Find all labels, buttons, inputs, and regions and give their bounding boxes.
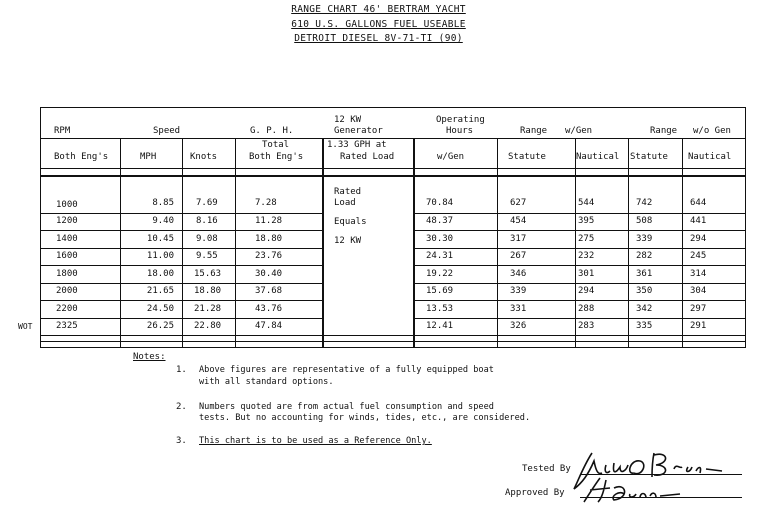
subheader-divider xyxy=(40,168,746,169)
col-divider xyxy=(322,138,324,348)
cell-rpm: 1600 xyxy=(56,251,78,261)
header-range-nogen: Range xyxy=(650,126,677,136)
cell-gph: 18.80 xyxy=(255,234,282,244)
cell-mph: 21.65 xyxy=(122,286,174,296)
col-range-gen-nautical: Nautical xyxy=(576,152,619,162)
cell-hours: 13.53 xyxy=(426,304,453,314)
col-divider xyxy=(235,138,236,348)
cell-gph: 43.76 xyxy=(255,304,282,314)
cell-gph: 37.68 xyxy=(255,286,282,296)
cell-gen-statute: 346 xyxy=(510,269,526,279)
header-gph: G. P. H. xyxy=(250,126,293,136)
cell-mph: 9.40 xyxy=(122,216,174,226)
header-range-nogen-suffix: w/o Gen xyxy=(693,126,731,136)
col-rpm: Both Eng's xyxy=(54,152,108,162)
cell-hours: 70.84 xyxy=(426,198,453,208)
cell-gph: 30.40 xyxy=(255,269,282,279)
cell-nogen-nautical: 441 xyxy=(690,216,706,226)
row-line xyxy=(40,300,322,301)
generator-note-line2: Load xyxy=(334,198,356,208)
row-line xyxy=(413,265,746,266)
header-rpm: RPM xyxy=(54,126,70,136)
cell-nogen-nautical: 291 xyxy=(690,321,706,331)
row-line xyxy=(40,213,322,214)
cell-gen-statute: 454 xyxy=(510,216,526,226)
cell-mph: 10.45 xyxy=(122,234,174,244)
chart-title-line2: 610 U.S. GALLONS FUEL USEABLE xyxy=(0,19,757,30)
row-line xyxy=(413,248,746,249)
col-gph-line2: Both Eng's xyxy=(249,152,303,162)
cell-nogen-nautical: 304 xyxy=(690,286,706,296)
cell-nogen-statute: 335 xyxy=(636,321,652,331)
cell-gen-nautical: 288 xyxy=(578,304,594,314)
col-gph-line1: Total xyxy=(262,140,289,150)
header-speed: Speed xyxy=(153,126,180,136)
generator-note-line1: Rated xyxy=(334,187,361,197)
cell-rpm: 1200 xyxy=(56,216,78,226)
col-range-gen-statute: Statute xyxy=(508,152,546,162)
cell-gph: 23.76 xyxy=(255,251,282,261)
note-2-line1: Numbers quoted are from actual fuel cons… xyxy=(199,402,494,412)
cell-gen-nautical: 232 xyxy=(578,251,594,261)
cell-nogen-nautical: 294 xyxy=(690,234,706,244)
col-divider xyxy=(682,138,683,348)
cell-knots: 8.16 xyxy=(196,216,218,226)
col-gen-line2: Rated Load xyxy=(340,152,394,162)
cell-hours: 24.31 xyxy=(426,251,453,261)
notes-heading: Notes: xyxy=(133,352,166,362)
note-3-line1: This chart is to be used as a Reference … xyxy=(199,436,432,446)
row-line xyxy=(413,318,746,319)
col-hours: w/Gen xyxy=(437,152,464,162)
table-right-border xyxy=(745,107,746,348)
cell-rpm: 1800 xyxy=(56,269,78,279)
cell-gen-statute: 331 xyxy=(510,304,526,314)
col-divider xyxy=(182,138,183,348)
cell-hours: 12.41 xyxy=(426,321,453,331)
col-divider xyxy=(413,138,415,348)
header-generator-line2: Generator xyxy=(334,126,383,136)
cell-mph: 11.00 xyxy=(122,251,174,261)
col-gen-line1: 1.33 GPH at xyxy=(327,140,387,150)
approved-signature-icon xyxy=(580,476,720,506)
note-1-line2: with all standard options. xyxy=(199,377,334,387)
row-line xyxy=(40,318,322,319)
col-mph: MPH xyxy=(140,152,156,162)
cell-gen-nautical: 395 xyxy=(578,216,594,226)
note-2-number: 2. xyxy=(176,402,187,412)
row-line xyxy=(413,230,746,231)
cell-nogen-nautical: 314 xyxy=(690,269,706,279)
cell-knots: 9.55 xyxy=(196,251,218,261)
cell-nogen-statute: 742 xyxy=(636,198,652,208)
cell-nogen-statute: 342 xyxy=(636,304,652,314)
col-knots: Knots xyxy=(190,152,217,162)
header-range-gen-suffix: w/Gen xyxy=(565,126,592,136)
cell-gen-statute: 627 xyxy=(510,198,526,208)
cell-knots: 18.80 xyxy=(194,286,221,296)
row-line xyxy=(40,283,322,284)
cell-hours: 15.69 xyxy=(426,286,453,296)
cell-mph: 8.85 xyxy=(122,198,174,208)
note-2-line2: tests. But no accounting for winds, tide… xyxy=(199,413,530,423)
cell-gen-nautical: 294 xyxy=(578,286,594,296)
cell-nogen-statute: 339 xyxy=(636,234,652,244)
row-line xyxy=(40,230,322,231)
cell-gph: 7.28 xyxy=(255,198,277,208)
note-1-line1: Above figures are representative of a fu… xyxy=(199,365,494,375)
header-operating-line2: Hours xyxy=(446,126,473,136)
col-divider xyxy=(120,138,121,348)
cell-hours: 48.37 xyxy=(426,216,453,226)
col-range-nogen-statute: Statute xyxy=(630,152,668,162)
generator-note-line4: 12 KW xyxy=(334,236,361,246)
cell-rpm: 2000 xyxy=(56,286,78,296)
cell-gen-nautical: 301 xyxy=(578,269,594,279)
table-left-border xyxy=(40,107,41,348)
generator-note-line3: Equals xyxy=(334,217,367,227)
cell-mph: 18.00 xyxy=(122,269,174,279)
cell-gen-statute: 339 xyxy=(510,286,526,296)
cell-gen-statute: 317 xyxy=(510,234,526,244)
bottom-double-line xyxy=(40,341,746,342)
cell-hours: 30.30 xyxy=(426,234,453,244)
cell-knots: 9.08 xyxy=(196,234,218,244)
cell-knots: 22.80 xyxy=(194,321,221,331)
cell-rpm: 1400 xyxy=(56,234,78,244)
chart-title-line3: DETROIT DIESEL 8V-71-TI (90) xyxy=(0,33,757,44)
cell-rpm: 1000 xyxy=(56,200,78,210)
cell-gen-nautical: 283 xyxy=(578,321,594,331)
header-generator-line1: 12 KW xyxy=(334,115,361,125)
row-line xyxy=(413,300,746,301)
header-operating-line1: Operating xyxy=(436,115,485,125)
cell-nogen-statute: 361 xyxy=(636,269,652,279)
cell-rpm: 2200 xyxy=(56,304,78,314)
cell-nogen-statute: 282 xyxy=(636,251,652,261)
cell-gph: 47.84 xyxy=(255,321,282,331)
cell-nogen-nautical: 297 xyxy=(690,304,706,314)
cell-knots: 7.69 xyxy=(196,198,218,208)
cell-gen-statute: 326 xyxy=(510,321,526,331)
col-range-nogen-nautical: Nautical xyxy=(688,152,731,162)
row-line xyxy=(413,283,746,284)
cell-gen-nautical: 275 xyxy=(578,234,594,244)
header-divider xyxy=(40,138,746,139)
tested-by-label: Tested By xyxy=(522,464,571,474)
row-line xyxy=(413,213,746,214)
data-top-border xyxy=(40,175,746,177)
cell-mph: 24.50 xyxy=(122,304,174,314)
row-line xyxy=(40,265,322,266)
col-divider xyxy=(628,138,629,348)
note-1-number: 1. xyxy=(176,365,187,375)
cell-nogen-statute: 350 xyxy=(636,286,652,296)
cell-gph: 11.28 xyxy=(255,216,282,226)
cell-knots: 15.63 xyxy=(194,269,221,279)
table-top-border xyxy=(40,107,746,108)
col-divider xyxy=(575,138,576,348)
col-divider xyxy=(497,138,498,348)
header-range-gen: Range xyxy=(520,126,547,136)
cell-nogen-nautical: 644 xyxy=(690,198,706,208)
cell-nogen-nautical: 245 xyxy=(690,251,706,261)
wot-label: WOT xyxy=(18,322,32,331)
row-line xyxy=(40,248,322,249)
cell-gen-statute: 267 xyxy=(510,251,526,261)
cell-hours: 19.22 xyxy=(426,269,453,279)
chart-title-line1: RANGE CHART 46' BERTRAM YACHT xyxy=(0,4,757,15)
cell-mph: 26.25 xyxy=(122,321,174,331)
cell-nogen-statute: 508 xyxy=(636,216,652,226)
note-3-number: 3. xyxy=(176,436,187,446)
approved-by-label: Approved By xyxy=(505,488,565,498)
bottom-double-line xyxy=(40,347,746,348)
cell-gen-nautical: 544 xyxy=(578,198,594,208)
row-line xyxy=(40,335,746,336)
cell-knots: 21.28 xyxy=(194,304,221,314)
cell-rpm: 2325 xyxy=(56,321,78,331)
